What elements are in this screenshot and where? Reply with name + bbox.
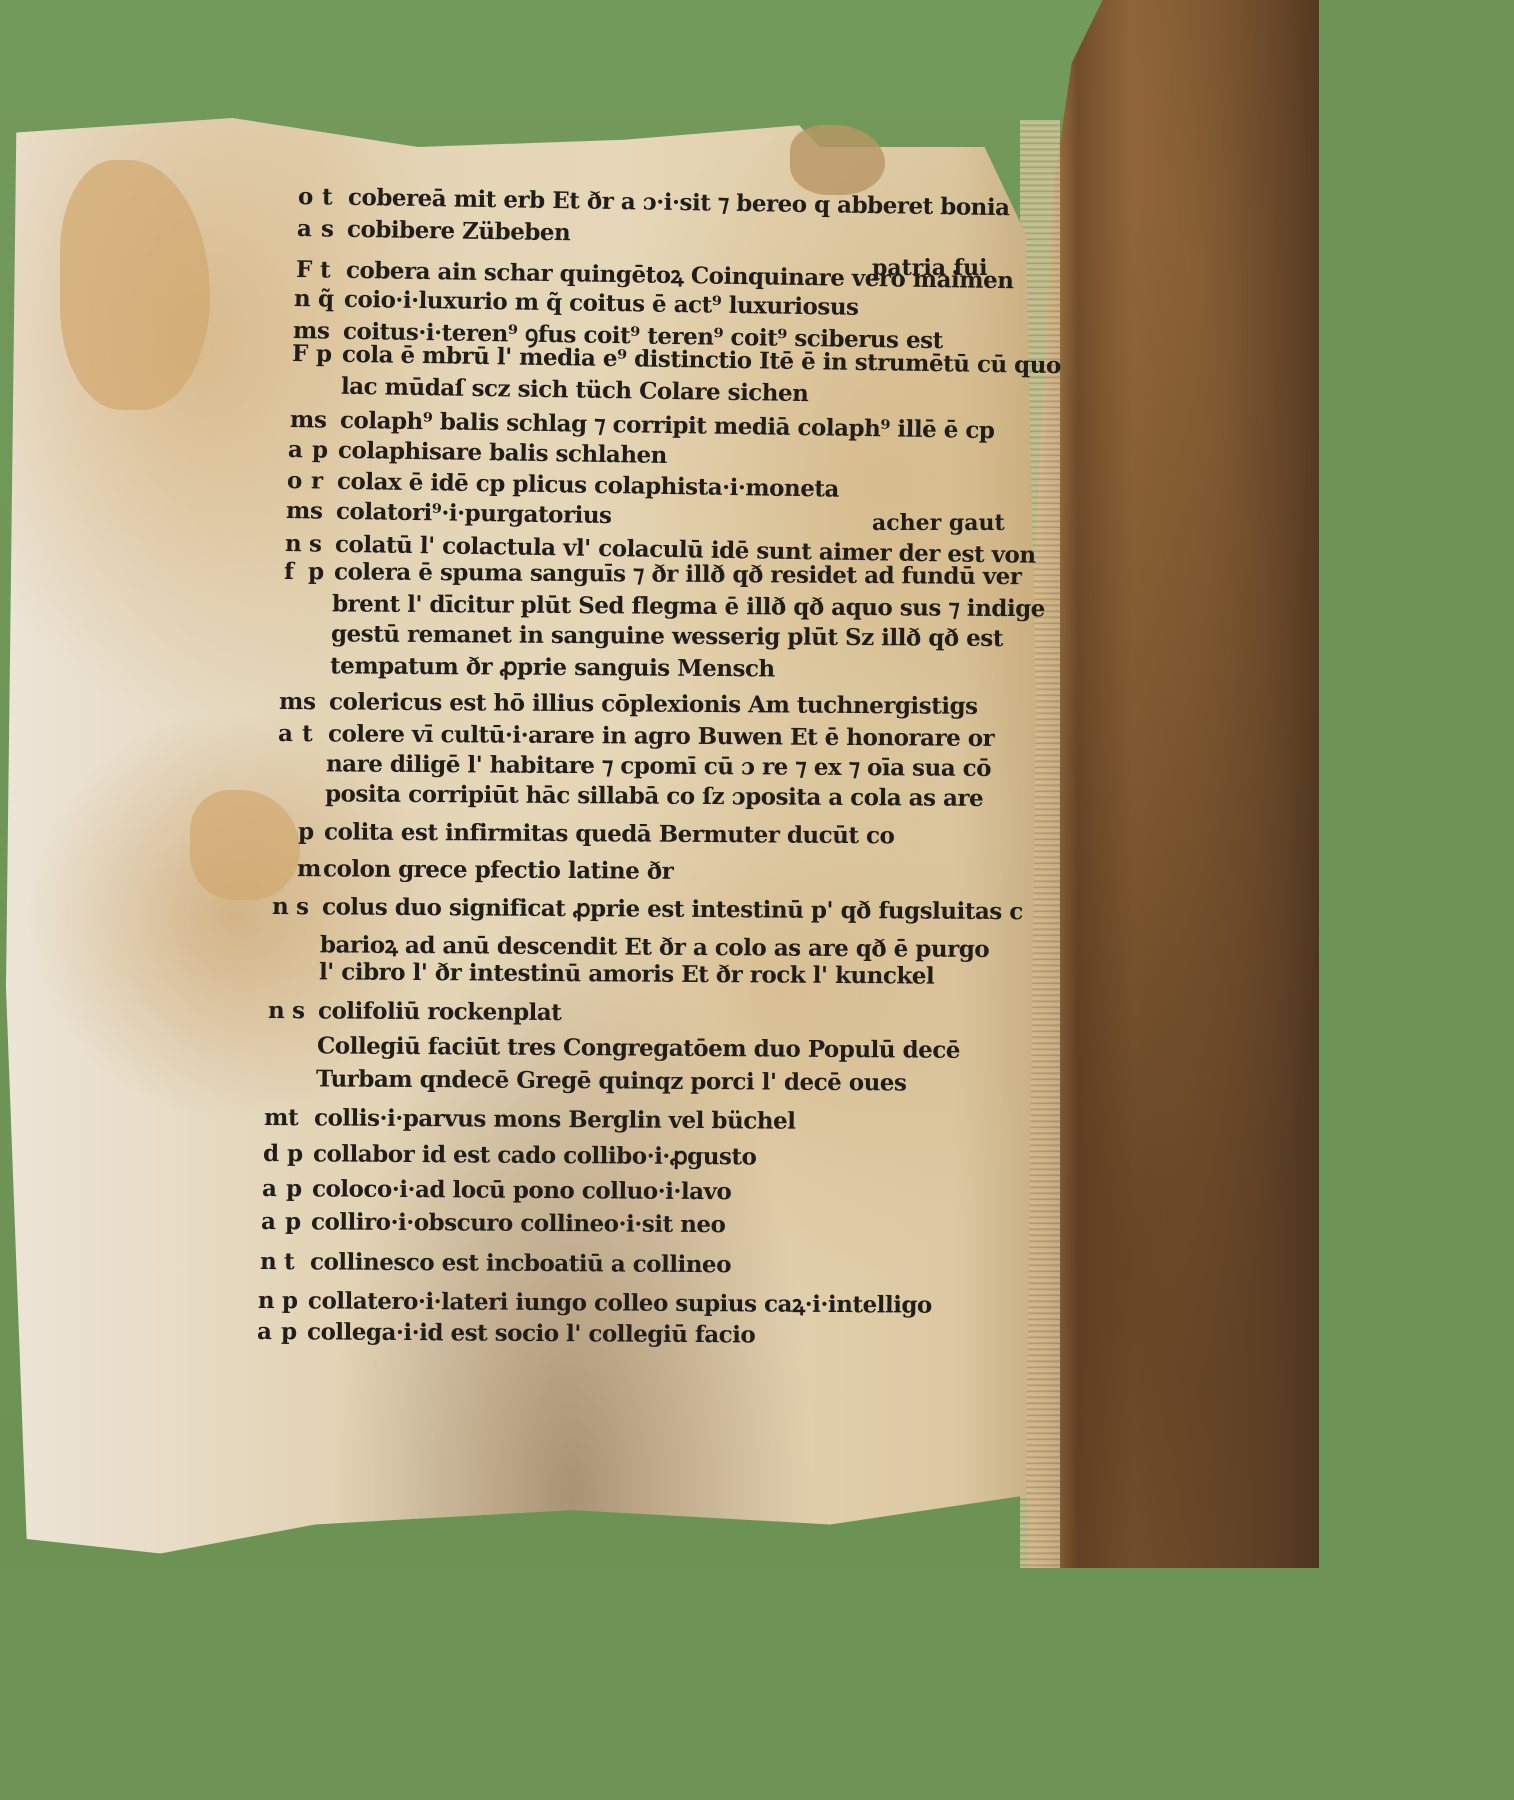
- grammar-markers: fp: [284, 558, 334, 585]
- grammar-markers: nt: [260, 1248, 310, 1275]
- gender-marker: m: [290, 406, 314, 433]
- gender-marker: m: [279, 688, 303, 715]
- declension-marker: p: [308, 558, 332, 585]
- entry-text: collis·i·parvus mons Berglin vel büchel: [314, 1104, 796, 1134]
- declension-marker: p: [285, 1208, 309, 1235]
- gender-marker: n: [272, 893, 296, 920]
- grammar-markers: [266, 1065, 316, 1092]
- gender-marker: n: [285, 530, 309, 557]
- entry-text: collabor id est cado collibo·i·ꝓgusto: [313, 1140, 757, 1170]
- declension-marker: p: [287, 1140, 311, 1167]
- declension-marker: p: [316, 340, 340, 367]
- grammar-markers: [291, 372, 341, 400]
- gender-marker: n: [294, 285, 318, 312]
- glossary-entry: posita corripiūt hāc sillabā co ſz ɔposi…: [275, 780, 983, 812]
- grammar-markers: ns: [272, 893, 322, 920]
- declension-marker: p: [298, 818, 322, 845]
- grammar-markers: ap: [261, 1208, 311, 1235]
- glossary-entry: nscolus duo significat ꝓprie est intesti…: [272, 893, 1023, 925]
- grammar-markers: p: [274, 818, 324, 845]
- gender-marker: n: [258, 1287, 282, 1314]
- margin-note: acher gaut: [872, 510, 1005, 536]
- grammar-markers: Fp: [292, 340, 342, 368]
- declension-marker: p: [281, 1318, 305, 1345]
- glossary-entry: otcobereā mit erb Et ðr a ɔ·i·sit ⁊ bere…: [298, 183, 1010, 221]
- entry-text: colaphisare balis schlahen: [338, 437, 667, 469]
- gender-marker: a: [278, 720, 302, 747]
- gender-marker: o: [298, 183, 322, 210]
- declension-marker: t: [320, 256, 344, 283]
- entry-text: collinesco est incboatiū a collineo: [310, 1248, 731, 1278]
- entry-text: brent l' dīcitur plūt Sed flegma ē illð …: [332, 590, 1045, 622]
- entry-text: lac mūdaſ scz sich tüch Colare sichen: [341, 373, 809, 407]
- gender-marker: d: [263, 1140, 287, 1167]
- grammar-markers: [276, 750, 326, 777]
- entry-text: colifoliū rockenplat: [318, 997, 562, 1026]
- gender-marker: a: [262, 1175, 286, 1202]
- glossary-entry: Turbam qndecē Gregē quinqz porci l' decē…: [266, 1065, 907, 1096]
- gender-marker: f: [284, 558, 308, 585]
- glossary-entry: apcollega·i·id est socio l' collegiū fac…: [257, 1318, 755, 1348]
- grammar-markers: Ft: [296, 256, 346, 284]
- grammar-markers: ap: [262, 1175, 312, 1202]
- grammar-markers: or: [287, 467, 337, 495]
- entry-text: collega·i·id est socio l' collegiū facio: [307, 1318, 755, 1348]
- declension-marker: r: [311, 467, 335, 494]
- glossary-entry: brent l' dīcitur plūt Sed flegma ē illð …: [282, 590, 1045, 622]
- glossary-entry: mcolon grece pfectio latine ðr: [273, 855, 673, 885]
- glossary-entry: tempatum ðr ꝓprie sanguis Mensch: [280, 652, 775, 682]
- glossary-entry: ntcollinesco est incboatiū a collineo: [260, 1248, 731, 1278]
- grammar-markers: ns: [268, 997, 318, 1024]
- grammar-markers: ot: [298, 183, 348, 211]
- gender-marker: m: [286, 497, 310, 524]
- entry-text: colon grece pfectio latine ðr: [323, 855, 673, 884]
- entry-text: colericus est hō illius cōplexionis Am t…: [329, 688, 978, 720]
- grammar-markers: dp: [263, 1140, 313, 1167]
- grammar-markers: [280, 652, 330, 679]
- declension-marker: q̃: [318, 285, 342, 312]
- glossary-entry: npcollatero·i·lateri iungo colleo supius…: [258, 1283, 932, 1320]
- gender-marker: a: [297, 215, 321, 242]
- grammar-markers: nq̃: [294, 285, 344, 313]
- declension-marker: p: [286, 1175, 310, 1202]
- grammar-markers: ms: [286, 497, 336, 525]
- glossary-entry: dpcollabor id est cado collibo·i·ꝓgusto: [263, 1140, 757, 1170]
- glossary-entry: apcolliro·i·obscuro collineo·i·sit neo: [261, 1208, 726, 1238]
- entry-text: colus duo significat ꝓprie est intestinū…: [322, 893, 1023, 925]
- declension-marker: m: [297, 855, 321, 882]
- grammar-markers: ap: [288, 436, 338, 464]
- glossary-entry: l' cibro l' ðr intestinū amoris Et ðr ro…: [269, 958, 934, 990]
- grammar-markers: [269, 958, 319, 985]
- declension-marker: s: [309, 530, 333, 557]
- glossary-entry: ascobibere Zübeben: [297, 215, 571, 246]
- glossary-text: patria fui acher gaut otcobereā mit erb …: [0, 0, 1319, 1568]
- grammar-markers: ap: [257, 1318, 307, 1345]
- grammar-markers: as: [297, 215, 347, 243]
- declension-marker: s: [292, 997, 316, 1024]
- entry-text: cobibere Zübeben: [347, 216, 571, 247]
- entry-text: colere vī cultū·i·arare in agro Buwen Et…: [328, 720, 994, 752]
- entry-text: cola ē mbrū l' media e⁹ distinctio Itē ē…: [342, 341, 1061, 379]
- gender-marker: F: [296, 256, 320, 283]
- glossary-entry: mtcollis·i·parvus mons Berglin vel büche…: [264, 1104, 796, 1135]
- entry-text: nare diligē l' habitare ⁊ cpomī cū ɔ re …: [326, 750, 991, 782]
- grammar-markers: mt: [264, 1104, 314, 1131]
- gender-marker: a: [261, 1208, 285, 1235]
- entry-text: colatori⁹·i·purgatorius: [336, 498, 612, 529]
- glossary-entry: mscolericus est hō illius cōplexionis Am…: [279, 688, 978, 720]
- gender-marker: a: [257, 1318, 281, 1345]
- declension-marker: t: [284, 1248, 308, 1275]
- gender-marker: n: [268, 997, 292, 1024]
- gender-marker: m: [264, 1104, 288, 1131]
- grammar-markers: [282, 590, 332, 617]
- grammar-markers: ms: [279, 688, 329, 715]
- glossary-entry: apcoloco·i·ad locū pono colluo·i·lavo: [262, 1175, 731, 1205]
- grammar-markers: ns: [285, 530, 335, 558]
- entry-text: posita corripiūt hāc sillabā co ſz ɔposi…: [325, 780, 983, 812]
- declension-marker: s: [314, 406, 338, 433]
- glossary-entry: gestū remanet in sanguine wesserig plūt …: [281, 620, 1003, 652]
- declension-marker: s: [296, 893, 320, 920]
- glossary-entry: lac mūdaſ scz sich tüch Colare sichen: [291, 372, 809, 407]
- entry-text: colliro·i·obscuro collineo·i·sit neo: [311, 1208, 726, 1238]
- gender-marker: a: [288, 436, 312, 463]
- grammar-markers: m: [273, 855, 323, 882]
- glossary-entry: mscolatori⁹·i·purgatorius: [286, 497, 612, 529]
- entry-text: colax ē idē cp plicus colaphista·i·monet…: [337, 468, 839, 503]
- declension-marker: t: [288, 1104, 312, 1131]
- gender-marker: F: [292, 340, 316, 367]
- declension-marker: p: [282, 1287, 306, 1314]
- declension-marker: s: [321, 215, 345, 242]
- entry-text: cobereā mit erb Et ðr a ɔ·i·sit ⁊ bereo …: [348, 184, 1010, 221]
- grammar-markers: [267, 1032, 317, 1059]
- grammar-markers: [270, 931, 320, 958]
- grammar-markers: [281, 620, 331, 647]
- glossary-entry: pcolita est infirmitas quedā Bermuter du…: [274, 818, 895, 849]
- entry-text: Collegiū faciūt tres Congregatōem duo Po…: [317, 1032, 960, 1063]
- glossary-entry: nscolifoliū rockenplat: [268, 997, 562, 1026]
- declension-marker: s: [310, 497, 334, 524]
- declension-marker: p: [312, 436, 336, 463]
- gender-marker: o: [287, 467, 311, 494]
- grammar-markers: [275, 780, 325, 807]
- declension-marker: s: [303, 688, 327, 715]
- entry-text: tempatum ðr ꝓprie sanguis Mensch: [330, 652, 775, 682]
- entry-text: coloco·i·ad locū pono colluo·i·lavo: [312, 1175, 731, 1205]
- declension-marker: t: [302, 720, 326, 747]
- glossary-entry: fpcolera ē spuma sanguīs ⁊ ðr illð qð re…: [284, 558, 1022, 590]
- glossary-entry: apcolaphisare balis schlahen: [288, 436, 667, 469]
- entry-text: l' cibro l' ðr intestinū amoris Et ðr ro…: [319, 958, 934, 989]
- glossary-entry: Collegiū faciūt tres Congregatōem duo Po…: [267, 1032, 960, 1064]
- grammar-markers: ms: [290, 406, 340, 434]
- entry-text: colita est infirmitas quedā Bermuter duc…: [324, 818, 895, 849]
- glossary-entry: atcolere vī cultū·i·arare in agro Buwen …: [278, 720, 994, 752]
- declension-marker: t: [322, 183, 346, 210]
- glossary-entry: nare diligē l' habitare ⁊ cpomī cū ɔ re …: [276, 750, 991, 782]
- grammar-markers: np: [258, 1287, 308, 1314]
- grammar-markers: at: [278, 720, 328, 747]
- entry-text: collatero·i·lateri iungo colleo supius c…: [308, 1287, 932, 1318]
- gender-marker: n: [260, 1248, 284, 1275]
- entry-text: Turbam qndecē Gregē quinqz porci l' decē…: [316, 1065, 907, 1096]
- entry-text: gestū remanet in sanguine wesserig plūt …: [331, 620, 1003, 652]
- entry-text: colera ē spuma sanguīs ⁊ ðr illð qð resi…: [334, 558, 1022, 590]
